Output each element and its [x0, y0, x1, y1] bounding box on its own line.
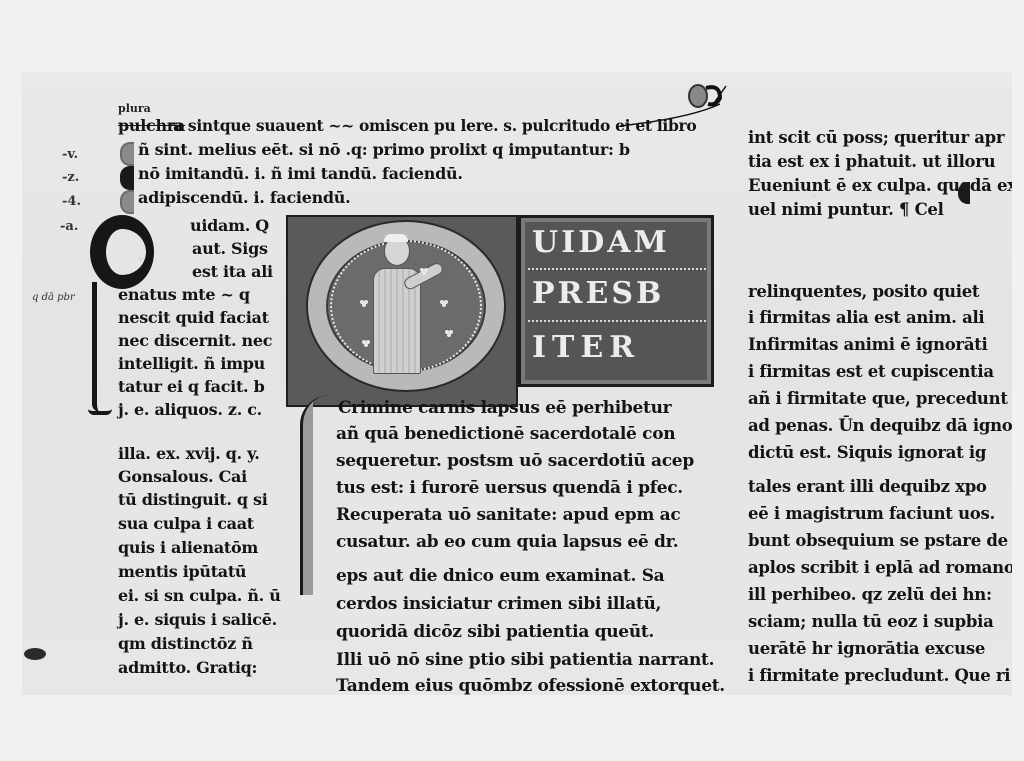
text-line: i firmitate precludunt. Que ri — [748, 666, 1010, 685]
text-line: int scit cū poss; queritur apr — [748, 128, 1004, 147]
text-line: ad penas. Ūn dequibz dā ignor — [748, 416, 1012, 435]
star-ornament-icon — [445, 330, 449, 334]
text-line: cerdos insiciatur crimen sibi illatū, — [336, 594, 661, 614]
paragraph-mark — [120, 166, 134, 190]
text-line: Gonsalous. Cai — [118, 467, 247, 486]
text-line: relinquentes, posito quiet — [748, 282, 979, 301]
text-line: ñ sint. melius eēt. si nō .q: primo prol… — [138, 140, 630, 159]
margin-numeral: -v. — [62, 147, 78, 162]
text-line: añ quā benedictionē sacerdotalē con — [336, 424, 675, 444]
initial-q-descender — [300, 395, 339, 595]
display-line: UIDAM — [532, 225, 704, 260]
panel-divider — [528, 268, 706, 270]
text-line: i firmitas alia est anim. ali — [748, 308, 984, 327]
text-line: quoridā dicōz sibi patientia queūt. — [336, 622, 654, 642]
text-line: nec discernit. nec — [118, 331, 272, 350]
text-line: aplos scribit i eplā ad romanos — [748, 558, 1012, 577]
paragraph-mark — [120, 190, 134, 214]
text-line: nescit quid faciat — [118, 308, 269, 327]
text-line: illa. ex. xvij. q. y. — [118, 444, 260, 463]
paragraph-mark — [120, 142, 134, 166]
initial-q-foot — [88, 405, 112, 415]
text-line: tatur ei q facit. b — [118, 377, 264, 396]
paragraph-mark — [958, 182, 970, 204]
text-line: Illi uō nō sine ptio sibi patientia narr… — [336, 650, 714, 670]
star-ornament-icon — [440, 300, 444, 304]
text-line: tus est: i furorē uersus quendā i pfec. — [336, 478, 683, 498]
text-line: sua culpa i caat — [118, 514, 254, 533]
text-line: ill perhibeo. qz zelū dei hn: — [748, 585, 992, 604]
text-line: intelligit. ñ impu — [118, 354, 265, 373]
text-line: Crimine carnis lapsus eē perhibetur — [338, 398, 671, 418]
text-line: tales erant illi dequibz xpo — [748, 477, 987, 496]
text-line: eē i magistrum faciunt uos. — [748, 504, 995, 523]
margin-numeral: -a. — [60, 219, 78, 234]
text-line: mentis ipūtatū — [118, 562, 246, 581]
ink-stain — [24, 648, 46, 660]
text-line: uerātē hr ignorātia excuse — [748, 639, 985, 658]
star-ornament-icon — [420, 268, 424, 272]
text-line: eps aut die dnico eum examinat. Sa — [336, 566, 664, 586]
text-line: Infirmitas animi ē ignorāti — [748, 335, 988, 354]
text-line: bunt obsequium se pstare de — [748, 531, 1008, 550]
text-line: Tandem eius quōmbz ofessionē extorquet. — [336, 676, 725, 696]
text-line: aut. Sigs — [192, 239, 268, 258]
star-ornament-icon — [360, 300, 364, 304]
margin-gloss: q dā pbr — [32, 292, 75, 303]
text-line: uel nimi puntur. ¶ Cel — [748, 200, 944, 219]
text-line: dictū est. Siquis ignorat ig — [748, 443, 986, 462]
text-line-content: pulchra sintque suauent ~~ omiscen pu le… — [118, 116, 696, 135]
cleric-tonsure — [384, 234, 408, 242]
text-line: sequeretur. postsm uō sacerdotiū acep — [336, 451, 694, 471]
text-line: Eueniunt ē ex culpa. quedā ex n — [748, 176, 1012, 195]
display-line: ITER — [532, 330, 704, 365]
text-line: Recuperata uō sanitate: apud epm ac — [336, 505, 680, 525]
text-line: j. e. aliquos. z. c. — [118, 400, 262, 419]
text-line: cusatur. ab eo cum quia lapsus eē dr. — [336, 532, 678, 552]
text-line: ei. si sn culpa. ñ. ū — [118, 586, 281, 605]
text-line: enatus mte ~ q — [118, 285, 250, 304]
text-line: uidam. Q — [190, 216, 269, 235]
text-line: j. e. siquis i salicē. — [118, 610, 277, 629]
text-line: admitto. Gratiq: — [118, 658, 257, 677]
text-line: tia est ex i phatuit. ut illoru — [748, 152, 995, 171]
initial-q-letter — [90, 215, 154, 289]
text-line: pulchra sintque suauent ~~ omiscen pu le… — [170, 116, 696, 135]
text-line: sciam; nulla tū eoz i supbia — [748, 612, 993, 631]
text-line: qm distinctōz ñ — [118, 634, 253, 653]
right-column: int scit cū poss; queritur apr tia est e… — [748, 120, 1012, 700]
text-line: adipiscendū. i. faciendū. — [138, 188, 350, 207]
text-line: nō imitandū. i. ñ imi tandū. faciendū. — [138, 164, 463, 183]
panel-divider — [528, 320, 706, 322]
margin-numeral: -z. — [62, 170, 79, 185]
initial-q-tail — [92, 282, 111, 412]
text-line: tū distinguit. q si — [118, 490, 268, 509]
interlinear-gloss: plura — [118, 102, 151, 115]
text-line: quis i alienatōm — [118, 538, 258, 557]
text-line: i firmitas est et cupiscentia — [748, 362, 994, 381]
text-line: est ita ali — [192, 262, 273, 281]
text-line: añ i firmitate que, precedunt — [748, 389, 1008, 408]
star-ornament-icon — [362, 340, 366, 344]
display-line: PRESB — [532, 276, 704, 311]
margin-numeral: -4. — [62, 194, 81, 209]
